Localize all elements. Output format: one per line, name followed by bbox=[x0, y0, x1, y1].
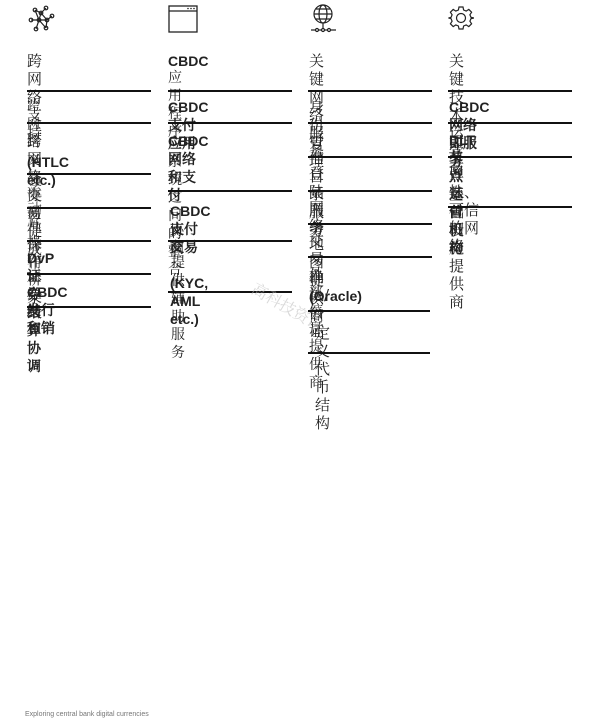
divider bbox=[308, 190, 432, 192]
divider bbox=[308, 223, 432, 225]
divider bbox=[168, 240, 292, 242]
network-nodes-icon bbox=[27, 4, 55, 32]
divider bbox=[27, 173, 151, 175]
list-item: 定义代币结构 bbox=[315, 324, 330, 432]
divider bbox=[448, 90, 572, 92]
divider bbox=[448, 122, 572, 124]
divider bbox=[27, 207, 151, 209]
divider bbox=[448, 206, 572, 208]
divider bbox=[27, 122, 151, 124]
list-item: 基础设施提供商 bbox=[449, 185, 464, 311]
divider bbox=[27, 90, 151, 92]
divider bbox=[308, 352, 430, 354]
footer-caption: Exploring central bank digital currencie… bbox=[25, 711, 149, 718]
gear-icon bbox=[448, 5, 474, 31]
divider bbox=[308, 256, 432, 258]
list-item: (KYC, AML etc.) bbox=[170, 274, 208, 328]
divider bbox=[308, 122, 432, 124]
divider bbox=[168, 190, 292, 192]
divider bbox=[308, 156, 432, 158]
divider bbox=[27, 240, 151, 242]
globe-network-icon bbox=[308, 3, 338, 33]
list-item: (Oracle) bbox=[309, 287, 362, 305]
divider bbox=[308, 90, 432, 92]
divider bbox=[168, 122, 292, 124]
divider bbox=[168, 90, 292, 92]
divider bbox=[27, 273, 151, 275]
divider bbox=[27, 306, 151, 308]
app-window-icon bbox=[168, 4, 198, 34]
column-title: CBDC bbox=[168, 52, 208, 70]
divider bbox=[308, 310, 430, 312]
divider bbox=[448, 156, 572, 158]
